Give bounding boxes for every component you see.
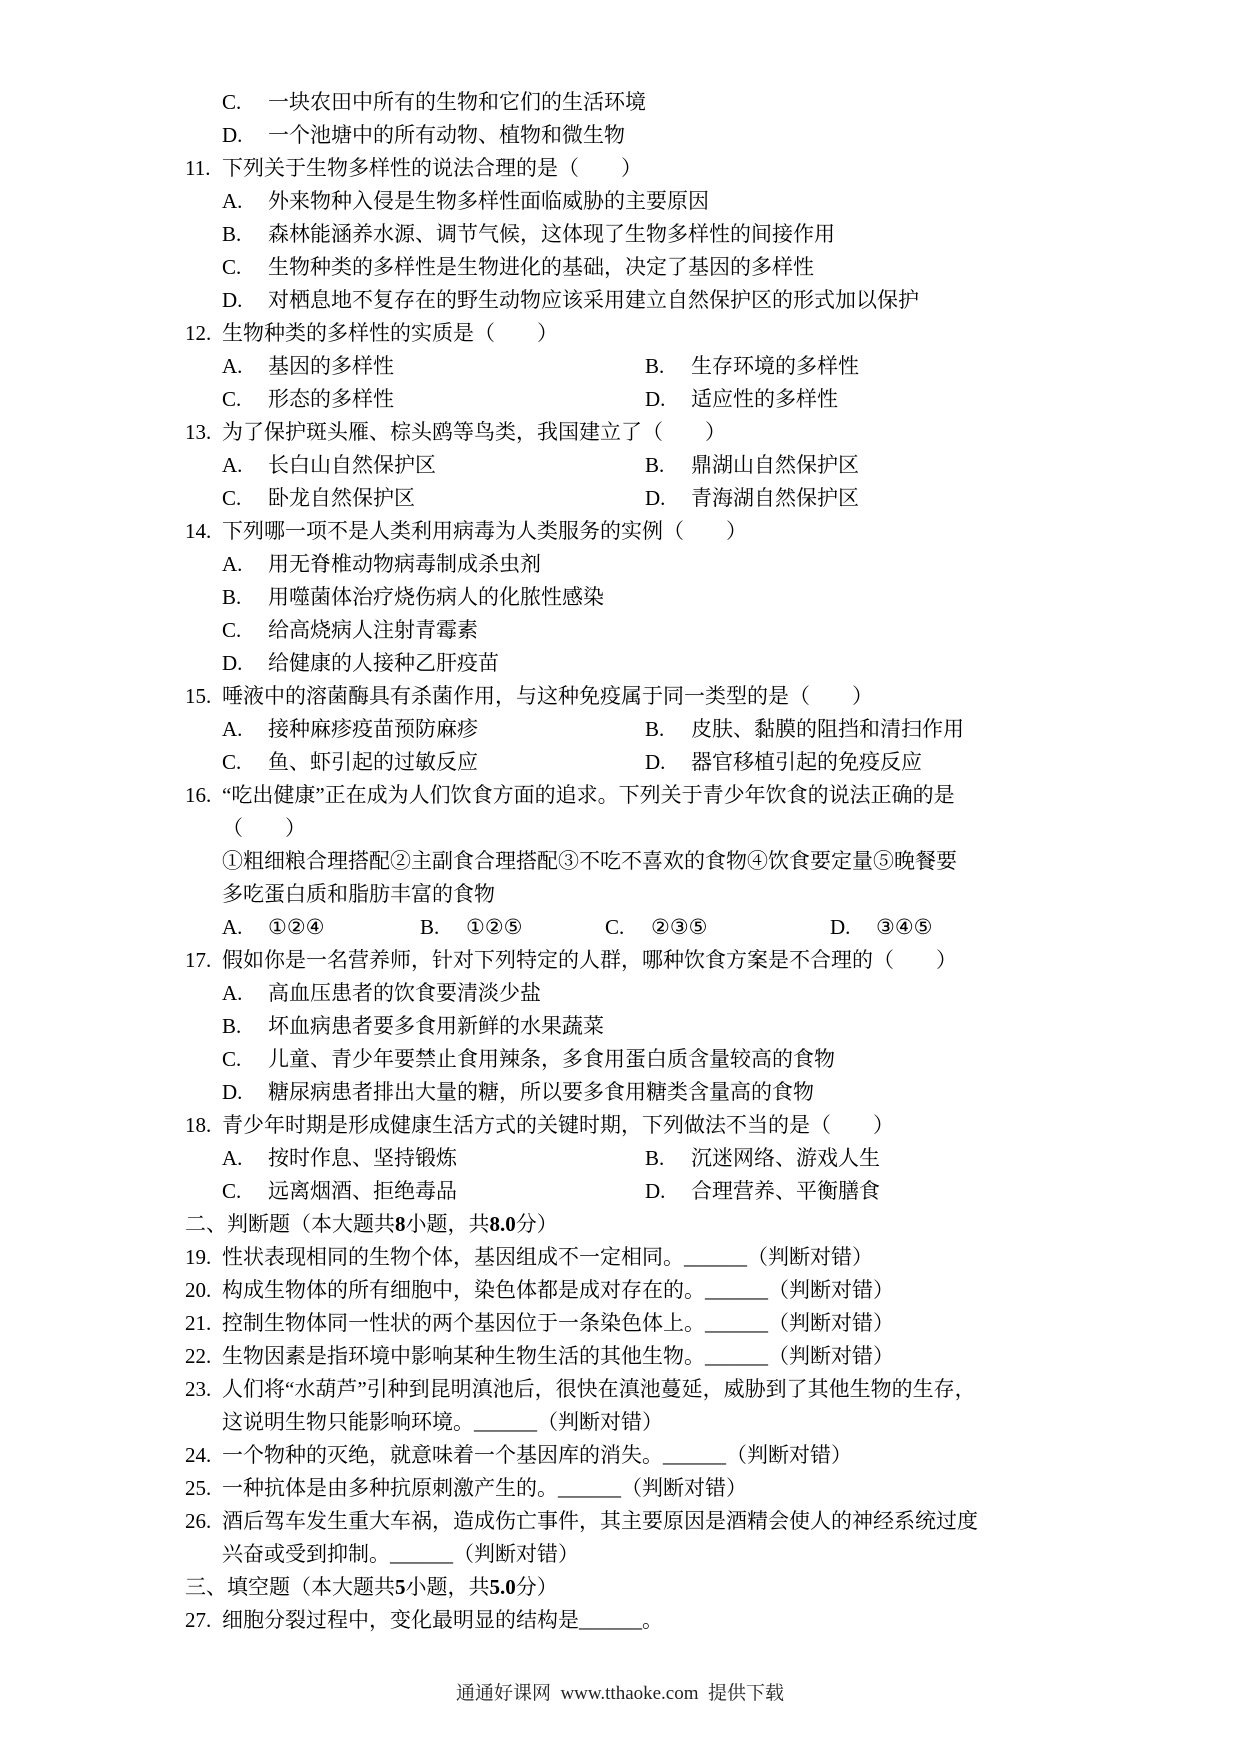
option-text: 给高烧病人注射青霉素: [268, 614, 1070, 647]
question-number: 20.: [185, 1274, 222, 1307]
option-item: C.给高烧病人注射青霉素: [222, 614, 1070, 647]
option-item: D.③④⑤: [830, 911, 1070, 944]
question-stem: 下列哪一项不是人类利用病毒为人类服务的实例（ ）: [222, 515, 1070, 548]
question-stem-continuation: 兴奋或受到抑制。______（判断对错）: [222, 1538, 1070, 1571]
option-row: A.长白山自然保护区B.鼎湖山自然保护区: [222, 449, 1070, 482]
question-stem-continuation: 这说明生物只能影响环境。______（判断对错）: [222, 1406, 1070, 1439]
option-item: B.皮肤、黏膜的阻挡和清扫作用: [645, 713, 1070, 746]
section-count: 5.0: [490, 1571, 516, 1604]
option-item: D.适应性的多样性: [645, 383, 1070, 416]
option-text: 沉迷网络、游戏人生: [691, 1142, 1070, 1175]
option-row: B.森林能涵养水源、调节气候，这体现了生物多样性的间接作用: [222, 218, 1070, 251]
question-stem: 兴奋或受到抑制。______（判断对错）: [222, 1538, 1070, 1571]
question-stem: 假如你是一名营养师，针对下列特定的人群，哪种饮食方案是不合理的（ ）: [222, 944, 1070, 977]
option-item: C.一块农田中所有的生物和它们的生活环境: [222, 86, 1070, 119]
option-label: C.: [222, 614, 268, 647]
option-text: 一块农田中所有的生物和它们的生活环境: [268, 86, 1070, 119]
question-stem: 生物因素是指环境中影响某种生物生活的其他生物。______（判断对错）: [222, 1340, 1070, 1373]
option-label: D.: [222, 119, 268, 152]
option-item: D.合理营养、平衡膳食: [645, 1175, 1070, 1208]
option-label: A.: [222, 449, 268, 482]
question-number: 13.: [185, 416, 222, 449]
option-text: 生存环境的多样性: [691, 350, 1070, 383]
section-header-text: 小题，共: [406, 1571, 490, 1604]
option-item: D.糖尿病患者排出大量的糖，所以要多食用糖类含量高的食物: [222, 1076, 1070, 1109]
option-label: D.: [645, 1175, 691, 1208]
option-item: A.高血压患者的饮食要清淡少盐: [222, 977, 1070, 1010]
option-label: C.: [605, 911, 651, 944]
question-stem: 细胞分裂过程中，变化最明显的结构是______。: [222, 1604, 1070, 1637]
question-stem: 性状表现相同的生物个体，基因组成不一定相同。______（判断对错）: [222, 1241, 1070, 1274]
question-number: 12.: [185, 317, 222, 350]
option-text: 一个池塘中的所有动物、植物和微生物: [268, 119, 1070, 152]
option-row: C.鱼、虾引起的过敏反应D.器官移植引起的免疫反应: [222, 746, 1070, 779]
option-item: B.坏血病患者要多食用新鲜的水果蔬菜: [222, 1010, 1070, 1043]
exam-content: C.一块农田中所有的生物和它们的生活环境D.一个池塘中的所有动物、植物和微生物1…: [185, 86, 1070, 1637]
option-text: ③④⑤: [876, 911, 1070, 944]
question-number: 15.: [185, 680, 222, 713]
option-text: 青海湖自然保护区: [691, 482, 1070, 515]
option-item: B.鼎湖山自然保护区: [645, 449, 1070, 482]
option-text: ①②④: [268, 911, 420, 944]
option-item: A.用无脊椎动物病毒制成杀虫剂: [222, 548, 1070, 581]
option-label: A.: [222, 350, 268, 383]
option-item: B.沉迷网络、游戏人生: [645, 1142, 1070, 1175]
option-item: D.给健康的人接种乙肝疫苗: [222, 647, 1070, 680]
question-line: 13.为了保护斑头雁、棕头鸥等鸟类，我国建立了（ ）: [185, 416, 1070, 449]
option-label: D.: [222, 647, 268, 680]
question-number: 17.: [185, 944, 222, 977]
option-text: ②③⑤: [651, 911, 830, 944]
option-row: C.儿童、青少年要禁止食用辣条，多食用蛋白质含量较高的食物: [222, 1043, 1070, 1076]
option-label: B.: [222, 218, 268, 251]
question-number: 24.: [185, 1439, 222, 1472]
option-label: A.: [222, 977, 268, 1010]
option-item: B.①②⑤: [420, 911, 605, 944]
option-item: C.形态的多样性: [222, 383, 645, 416]
option-text: 给健康的人接种乙肝疫苗: [268, 647, 1070, 680]
option-item: D.对栖息地不复存在的野生动物应该采用建立自然保护区的形式加以保护: [222, 284, 1070, 317]
option-text: 坏血病患者要多食用新鲜的水果蔬菜: [268, 1010, 1070, 1043]
question-number: 14.: [185, 515, 222, 548]
question-line: 11.下列关于生物多样性的说法合理的是（ ）: [185, 152, 1070, 185]
option-label: A.: [222, 185, 268, 218]
option-item: C.生物种类的多样性是生物进化的基础，决定了基因的多样性: [222, 251, 1070, 284]
question-line: 27.细胞分裂过程中，变化最明显的结构是______。: [185, 1604, 1070, 1637]
option-row: C.一块农田中所有的生物和它们的生活环境: [222, 86, 1070, 119]
option-text: 形态的多样性: [268, 383, 645, 416]
option-text: 卧龙自然保护区: [268, 482, 645, 515]
question-number: 11.: [185, 152, 222, 185]
option-row: D.一个池塘中的所有动物、植物和微生物: [222, 119, 1070, 152]
option-text: 糖尿病患者排出大量的糖，所以要多食用糖类含量高的食物: [268, 1076, 1070, 1109]
question-line: 20.构成生物体的所有细胞中，染色体都是成对存在的。______（判断对错）: [185, 1274, 1070, 1307]
question-line: 24.一个物种的灭绝，就意味着一个基因库的消失。______（判断对错）: [185, 1439, 1070, 1472]
section-header: 三、填空题（本大题共 5 小题，共 5.0 分）: [185, 1571, 1070, 1604]
question-stem: 一种抗体是由多种抗原刺激产生的。______（判断对错）: [222, 1472, 1070, 1505]
option-item: A.接种麻疹疫苗预防麻疹: [222, 713, 645, 746]
option-row: A.①②④B.①②⑤C.②③⑤D.③④⑤: [222, 911, 1070, 944]
question-stem: 一个物种的灭绝，就意味着一个基因库的消失。______（判断对错）: [222, 1439, 1070, 1472]
option-text: 用无脊椎动物病毒制成杀虫剂: [268, 548, 1070, 581]
option-label: A.: [222, 1142, 268, 1175]
option-item: C.远离烟酒、拒绝毒品: [222, 1175, 645, 1208]
option-row: D.对栖息地不复存在的野生动物应该采用建立自然保护区的形式加以保护: [222, 284, 1070, 317]
option-item: B.用噬菌体治疗烧伤病人的化脓性感染: [222, 581, 1070, 614]
option-row: A.高血压患者的饮食要清淡少盐: [222, 977, 1070, 1010]
question-line: 12.生物种类的多样性的实质是（ ）: [185, 317, 1070, 350]
option-label: D.: [645, 482, 691, 515]
option-text: 合理营养、平衡膳食: [691, 1175, 1070, 1208]
question-line: 23.人们将“水葫芦”引种到昆明滇池后，很快在滇池蔓延，威胁到了其他生物的生存，: [185, 1373, 1070, 1406]
option-row: B.用噬菌体治疗烧伤病人的化脓性感染: [222, 581, 1070, 614]
question-number: 25.: [185, 1472, 222, 1505]
option-item: A.外来物种入侵是生物多样性面临威胁的主要原因: [222, 185, 1070, 218]
question-stem: 唾液中的溶菌酶具有杀菌作用，与这种免疫属于同一类型的是（ ）: [222, 680, 1070, 713]
question-line: 14.下列哪一项不是人类利用病毒为人类服务的实例（ ）: [185, 515, 1070, 548]
section-header: 二、判断题（本大题共 8 小题，共 8.0 分）: [185, 1208, 1070, 1241]
question-number: 23.: [185, 1373, 222, 1406]
option-label: C.: [222, 86, 268, 119]
option-item: D.器官移植引起的免疫反应: [645, 746, 1070, 779]
option-label: B.: [645, 1142, 691, 1175]
question-stem-continuation: ①粗细粮合理搭配②主副食合理搭配③不吃不喜欢的食物④饮食要定量⑤晚餐要: [222, 845, 1070, 878]
option-label: D.: [222, 1076, 268, 1109]
question-number: 22.: [185, 1340, 222, 1373]
question-stem: （ ）: [222, 812, 1070, 845]
question-line: 21.控制生物体同一性状的两个基因位于一条染色体上。______（判断对错）: [185, 1307, 1070, 1340]
question-stem: 这说明生物只能影响环境。______（判断对错）: [222, 1406, 1070, 1439]
option-row: A.外来物种入侵是生物多样性面临威胁的主要原因: [222, 185, 1070, 218]
option-label: C.: [222, 383, 268, 416]
option-row: A.用无脊椎动物病毒制成杀虫剂: [222, 548, 1070, 581]
option-row: A.按时作息、坚持锻炼B.沉迷网络、游戏人生: [222, 1142, 1070, 1175]
option-label: C.: [222, 482, 268, 515]
option-text: 皮肤、黏膜的阻挡和清扫作用: [691, 713, 1070, 746]
option-item: A.按时作息、坚持锻炼: [222, 1142, 645, 1175]
section-header-text: 小题，共: [406, 1208, 490, 1241]
option-text: 器官移植引起的免疫反应: [691, 746, 1070, 779]
option-label: B.: [645, 713, 691, 746]
question-stem: 人们将“水葫芦”引种到昆明滇池后，很快在滇池蔓延，威胁到了其他生物的生存，: [222, 1373, 1070, 1406]
option-text: 远离烟酒、拒绝毒品: [268, 1175, 645, 1208]
question-line: 17.假如你是一名营养师，针对下列特定的人群，哪种饮食方案是不合理的（ ）: [185, 944, 1070, 977]
option-text: 对栖息地不复存在的野生动物应该采用建立自然保护区的形式加以保护: [268, 284, 1070, 317]
option-text: 生物种类的多样性是生物进化的基础，决定了基因的多样性: [268, 251, 1070, 284]
section-count: 8.0: [490, 1208, 516, 1241]
option-label: D.: [645, 746, 691, 779]
question-stem: 构成生物体的所有细胞中，染色体都是成对存在的。______（判断对错）: [222, 1274, 1070, 1307]
option-label: D.: [830, 911, 876, 944]
question-stem: 多吃蛋白质和脂肪丰富的食物: [222, 878, 1070, 911]
question-line: 19.性状表现相同的生物个体，基因组成不一定相同。______（判断对错）: [185, 1241, 1070, 1274]
option-row: C.给高烧病人注射青霉素: [222, 614, 1070, 647]
option-label: C.: [222, 251, 268, 284]
question-line: 26.酒后驾车发生重大车祸，造成伤亡事件，其主要原因是酒精会使人的神经系统过度: [185, 1505, 1070, 1538]
section-header-text: 分）: [516, 1208, 558, 1241]
option-label: B.: [645, 350, 691, 383]
option-text: 长白山自然保护区: [268, 449, 645, 482]
option-label: B.: [222, 1010, 268, 1043]
question-number: 21.: [185, 1307, 222, 1340]
option-text: 鱼、虾引起的过敏反应: [268, 746, 645, 779]
section-header-text: 三、填空题（本大题共: [185, 1571, 395, 1604]
option-text: 鼎湖山自然保护区: [691, 449, 1070, 482]
option-row: A.接种麻疹疫苗预防麻疹B.皮肤、黏膜的阻挡和清扫作用: [222, 713, 1070, 746]
option-item: D.一个池塘中的所有动物、植物和微生物: [222, 119, 1070, 152]
option-label: B.: [645, 449, 691, 482]
section-count: 5: [395, 1571, 406, 1604]
option-item: C.鱼、虾引起的过敏反应: [222, 746, 645, 779]
option-label: A.: [222, 548, 268, 581]
option-row: C.生物种类的多样性是生物进化的基础，决定了基因的多样性: [222, 251, 1070, 284]
option-text: ①②⑤: [466, 911, 605, 944]
option-label: C.: [222, 1043, 268, 1076]
option-item: A.基因的多样性: [222, 350, 645, 383]
question-stem-continuation: 多吃蛋白质和脂肪丰富的食物: [222, 878, 1070, 911]
option-label: C.: [222, 746, 268, 779]
option-text: 按时作息、坚持锻炼: [268, 1142, 645, 1175]
option-text: 基因的多样性: [268, 350, 645, 383]
question-number: 18.: [185, 1109, 222, 1142]
option-label: A.: [222, 713, 268, 746]
option-text: 高血压患者的饮食要清淡少盐: [268, 977, 1070, 1010]
question-stem: 下列关于生物多样性的说法合理的是（ ）: [222, 152, 1070, 185]
option-row: C.卧龙自然保护区D.青海湖自然保护区: [222, 482, 1070, 515]
question-number: 27.: [185, 1604, 222, 1637]
section-count: 8: [395, 1208, 406, 1241]
option-text: 外来物种入侵是生物多样性面临威胁的主要原因: [268, 185, 1070, 218]
option-item: B.森林能涵养水源、调节气候，这体现了生物多样性的间接作用: [222, 218, 1070, 251]
question-stem: 酒后驾车发生重大车祸，造成伤亡事件，其主要原因是酒精会使人的神经系统过度: [222, 1505, 1070, 1538]
option-label: D.: [222, 284, 268, 317]
section-header-text: 二、判断题（本大题共: [185, 1208, 395, 1241]
option-label: C.: [222, 1175, 268, 1208]
option-row: D.糖尿病患者排出大量的糖，所以要多食用糖类含量高的食物: [222, 1076, 1070, 1109]
question-line: 22.生物因素是指环境中影响某种生物生活的其他生物。______（判断对错）: [185, 1340, 1070, 1373]
page-footer: 通通好课网 www.tthaoke.com 提供下载: [0, 1678, 1240, 1705]
question-line: 16.“吃出健康”正在成为人们饮食方面的追求。下列关于青少年饮食的说法正确的是: [185, 779, 1070, 812]
question-stem: 为了保护斑头雁、棕头鸥等鸟类，我国建立了（ ）: [222, 416, 1070, 449]
option-row: A.基因的多样性B.生存环境的多样性: [222, 350, 1070, 383]
option-text: 接种麻疹疫苗预防麻疹: [268, 713, 645, 746]
question-stem: ①粗细粮合理搭配②主副食合理搭配③不吃不喜欢的食物④饮食要定量⑤晚餐要: [222, 845, 1070, 878]
question-stem-continuation: （ ）: [222, 812, 1070, 845]
option-row: B.坏血病患者要多食用新鲜的水果蔬菜: [222, 1010, 1070, 1043]
option-item: B.生存环境的多样性: [645, 350, 1070, 383]
option-item: C.卧龙自然保护区: [222, 482, 645, 515]
question-number: 19.: [185, 1241, 222, 1274]
option-item: C.②③⑤: [605, 911, 830, 944]
question-stem: “吃出健康”正在成为人们饮食方面的追求。下列关于青少年饮食的说法正确的是: [222, 779, 1070, 812]
question-stem: 青少年时期是形成健康生活方式的关键时期，下列做法不当的是（ ）: [222, 1109, 1070, 1142]
section-header-text: 分）: [516, 1571, 558, 1604]
option-label: D.: [645, 383, 691, 416]
option-label: B.: [420, 911, 466, 944]
question-line: 15.唾液中的溶菌酶具有杀菌作用，与这种免疫属于同一类型的是（ ）: [185, 680, 1070, 713]
option-row: C.形态的多样性D.适应性的多样性: [222, 383, 1070, 416]
question-stem: 生物种类的多样性的实质是（ ）: [222, 317, 1070, 350]
option-text: 适应性的多样性: [691, 383, 1070, 416]
question-number: 26.: [185, 1505, 222, 1538]
question-number: 16.: [185, 779, 222, 812]
option-row: C.远离烟酒、拒绝毒品D.合理营养、平衡膳食: [222, 1175, 1070, 1208]
option-row: D.给健康的人接种乙肝疫苗: [222, 647, 1070, 680]
option-text: 森林能涵养水源、调节气候，这体现了生物多样性的间接作用: [268, 218, 1070, 251]
option-text: 儿童、青少年要禁止食用辣条，多食用蛋白质含量较高的食物: [268, 1043, 1070, 1076]
option-item: C.儿童、青少年要禁止食用辣条，多食用蛋白质含量较高的食物: [222, 1043, 1070, 1076]
option-item: A.①②④: [222, 911, 420, 944]
option-label: B.: [222, 581, 268, 614]
option-item: A.长白山自然保护区: [222, 449, 645, 482]
option-text: 用噬菌体治疗烧伤病人的化脓性感染: [268, 581, 1070, 614]
option-item: D.青海湖自然保护区: [645, 482, 1070, 515]
question-line: 18.青少年时期是形成健康生活方式的关键时期，下列做法不当的是（ ）: [185, 1109, 1070, 1142]
option-label: A.: [222, 911, 268, 944]
question-stem: 控制生物体同一性状的两个基因位于一条染色体上。______（判断对错）: [222, 1307, 1070, 1340]
question-line: 25.一种抗体是由多种抗原刺激产生的。______（判断对错）: [185, 1472, 1070, 1505]
